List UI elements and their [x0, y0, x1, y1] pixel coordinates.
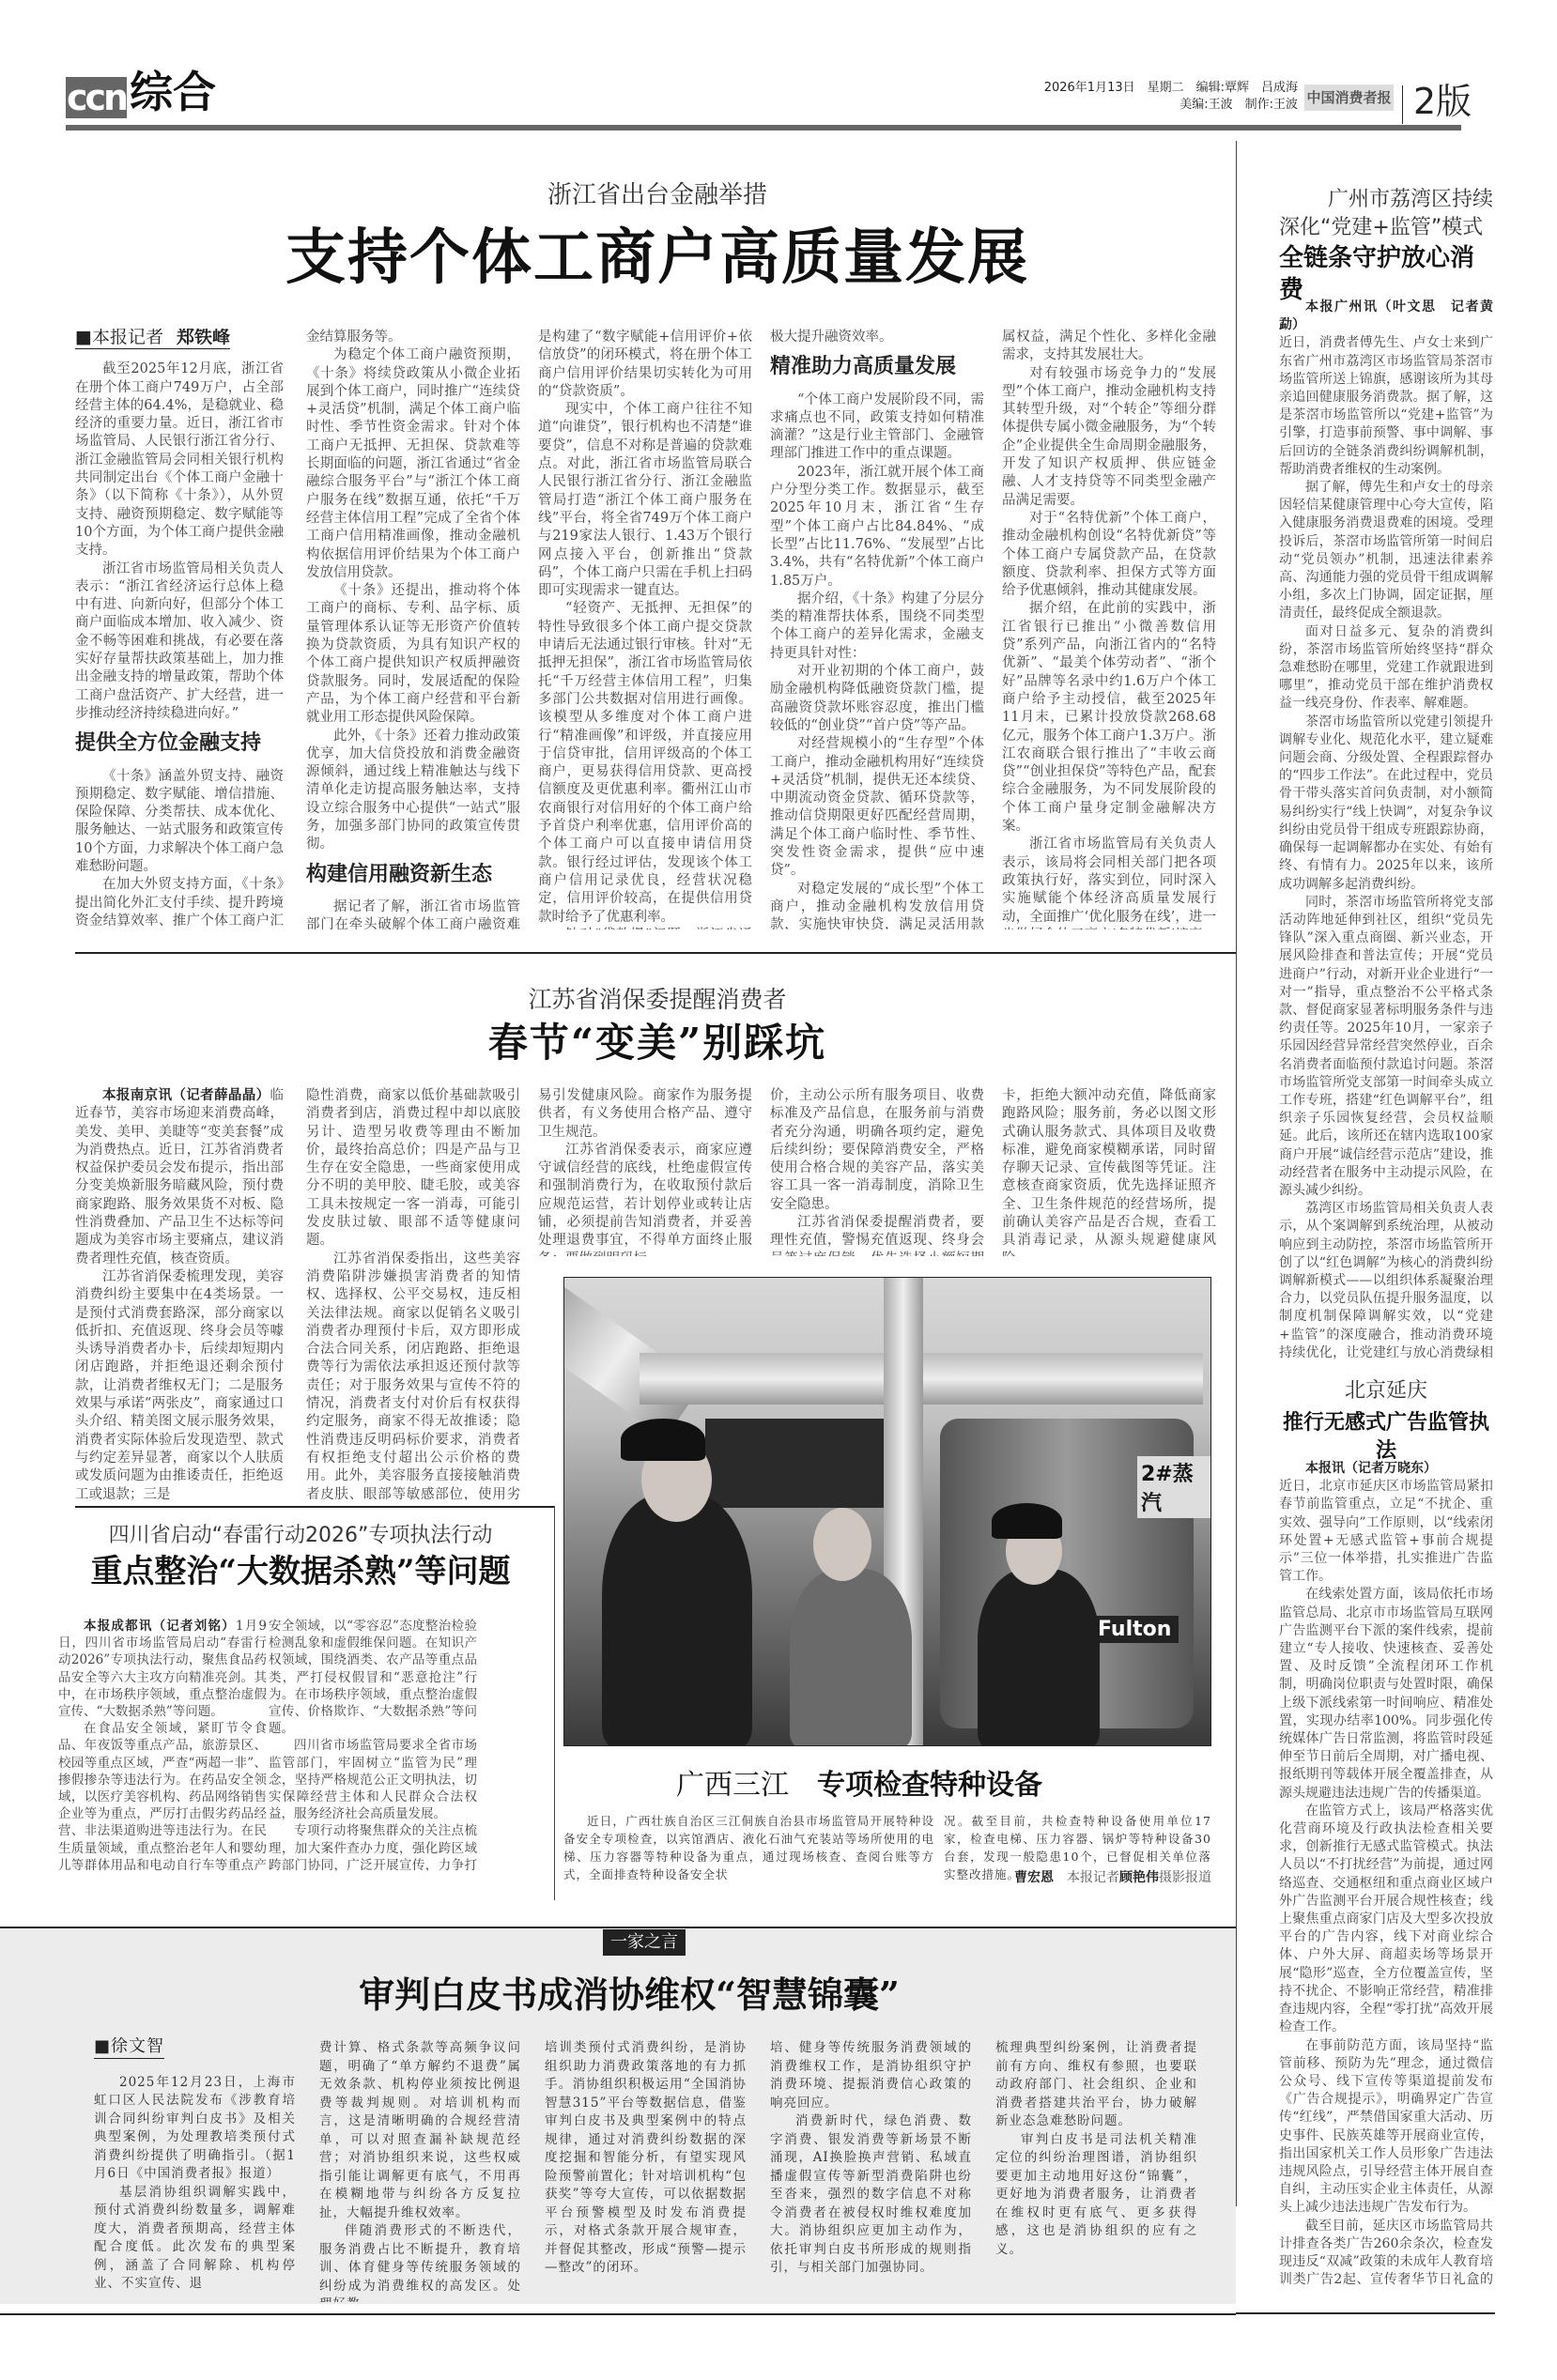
opinion-column-1: ■徐文智 2025年12月23日，上海市虹口区人民法院发布《涉教育培训合同纠纷审… — [94, 2037, 296, 2300]
article-gz-headline: 全链条守护放心消费 — [1279, 242, 1495, 306]
page-number: 2版 — [1413, 81, 1472, 122]
article1-column-2: 金结算服务等。 为稳定个体工商户融资预期，《十条》将续贷政策从小微企业拓展到个体… — [306, 329, 520, 929]
article1-column-5: 属权益，满足个性化、多样化金融需求，支持其发展壮大。 对有较强市场竞争力的“发展… — [1002, 329, 1216, 929]
article-gz-body: 本报广州讯（叶文思 记者黄勐） 近日，消费者傅先生、卢女士来到广东省广州市荔湾区… — [1279, 299, 1493, 1359]
header-separator — [1402, 85, 1403, 124]
photo-cap — [992, 1503, 1062, 1539]
photo-officer-right — [978, 1569, 1100, 1746]
article1-section-heading-2: 构建信用融资新生态 — [306, 866, 520, 883]
section-title: 综合 — [130, 66, 216, 118]
article-js-column-5: 卡，拒绝大额冲动充值，降低商家跑路风险；服务前，务必以图文形式确认服务款式、具体… — [1002, 1087, 1216, 1256]
boiler-sign: 2#蒸汽 — [1137, 1456, 1210, 1518]
article-sc-headline: 重点整治“大数据杀熟”等问题 — [56, 1549, 545, 1594]
article-sc-column-2: 安全领域，以“零容忍”态度整治检验检测乱象和虚假维保问题。在知识产权领域，围绕酒… — [269, 1618, 477, 1871]
divider-js-bottom — [75, 1506, 554, 1508]
article-sc-column-1: 本报成都讯（记者刘铭）1月9日，四川省市场监管局启动“春雷行动2026”专项执法… — [58, 1618, 267, 1871]
date-editor-line: 2026年1月13日 星期二 编辑:覃辉 吕成海 — [1042, 80, 1298, 97]
photo-window — [705, 1419, 884, 1508]
right-column-divider — [1236, 141, 1237, 2206]
article1-byline: ■本报记者郑铁峰 — [75, 329, 230, 349]
article-js-column-2: 隐性消费，商家以低价基础款吸引消费者到店，消费过程中却以底胶另计、造型另收费等理… — [306, 1087, 520, 1500]
photo-credit: 曹宏恩 本报记者顾艳伟摄影报道 — [939, 1868, 1211, 1887]
article1-column-4: 极大提升融资效率。 精准助力高质量发展 “个体工商户发展阶段不同，需求痛点也不同… — [770, 329, 984, 929]
article1-kicker: 浙江省出台金融举措 — [188, 180, 1127, 210]
header-rule-right — [1033, 125, 1461, 131]
opinion-column-5: 梳理典型纠纷案例，让消费者提前有方向、维权有参照，也要联动政府部门、社会组织、企… — [995, 2039, 1197, 2302]
header-rule — [66, 125, 1080, 131]
photo-officer-left — [602, 1494, 752, 1746]
issue-meta: 2026年1月13日 星期二 编辑:覃辉 吕成海 美编:王波 制作:王波 — [1042, 80, 1298, 114]
article-js-column-4: 价，主动公示所有服务项目、收费标准及产品信息，在服务前与消费者充分沟通，明确各项… — [770, 1087, 984, 1256]
article-bj-headline: 推行无感式广告监管执法 — [1279, 1408, 1493, 1465]
article1-column-1: ■本报记者郑铁峰 截至2025年12月底，浙江省在册个体工商户749万户，占全部… — [75, 329, 284, 929]
newspaper-brand: 中国消费者报 — [1304, 84, 1394, 111]
article1-section-heading-3: 精准助力高质量发展 — [770, 358, 984, 376]
article-bj-body: 本报讯（记者万晓东） 近日，北京市延庆区市场监管局紧扣春节前监管重点，立足“不扰… — [1279, 1460, 1493, 2286]
article-js-headline: 春节“变美”别踩坑 — [282, 1016, 1033, 1070]
opinion-byline: ■徐文智 — [94, 2037, 164, 2059]
ccn-logo: ccn — [66, 77, 127, 118]
opinion-headline: 审判白皮书成消协维权“智慧锦囊” — [207, 1972, 1052, 2019]
opinion-column-3: 培训类预付式消费纠纷，是消协组织助力消费政策落地的有力抓手。消协组织积极运用“全… — [545, 2039, 747, 2302]
divider-page-bottom — [0, 2313, 1236, 2315]
article-bj-kicker: 北京延庆 — [1279, 1378, 1493, 1405]
article-js-kicker: 江苏省消保委提醒消费者 — [282, 986, 1033, 1014]
photo-caption-col1: 近日，广西壮族自治区三江侗族自治县市场监管局开展特种设备安全专项检查，以宾馆酒店… — [563, 1812, 934, 1883]
opinion-column-4: 培、健身等传统服务消费领域的消费维权工作，是消协组织守护消费环境、提振消费信心政… — [770, 2039, 972, 2302]
divider-article1 — [75, 952, 1236, 954]
photo-civilian — [790, 1569, 912, 1746]
divider-bj-bottom — [1236, 2312, 1495, 2314]
opinion-column-2: 费计算、格式条款等高频争议问题，明确了“单方解约不退费”属无效条款、机构停业须按… — [319, 2039, 521, 2302]
photo-divider — [554, 1506, 555, 1900]
boiler-brand: Fulton — [1090, 1616, 1179, 1643]
photo-head — [813, 1508, 871, 1581]
article1-headline: 支持个体工商户高质量发展 — [188, 216, 1127, 300]
article1-column-3: 是构建了“数字赋能+信用评价+依信放贷”的闭环模式，将在册个体工商户信用评价结果… — [538, 329, 752, 929]
article-gz-kicker-2: 深化“党建+监管”模式 — [1279, 214, 1523, 241]
photo-caption-title: 广西三江 专项检查特种设备 — [676, 1767, 1118, 1804]
inspection-photo: 2#蒸汽 Fulton — [563, 1277, 1211, 1746]
staff-line: 美编:王波 制作:王波 — [1042, 97, 1298, 114]
article1-section-heading-1: 提供全方位金融支持 — [75, 734, 284, 752]
opinion-tag: 一家之言 — [603, 1929, 686, 1956]
article-js-column-1: 本报南京讯（记者薛晶晶）临近春节，美容市场迎来消费高峰，美发、美甲、美睫等“变美… — [75, 1087, 284, 1500]
article-gz-kicker-1: 广州市荔湾区持续 — [1258, 186, 1493, 213]
photo-cap — [621, 1419, 705, 1461]
article-js-column-3: 易引发健康风险。商家作为服务提供者，有义务使用合格产品、遵守卫生规范。 江苏省消… — [538, 1087, 752, 1256]
article-sc-kicker: 四川省启动“春雷行动2026”专项执法行动 — [56, 1523, 545, 1549]
article-gz-lead: 本报广州讯（叶文思 记者黄勐） — [1279, 299, 1493, 334]
